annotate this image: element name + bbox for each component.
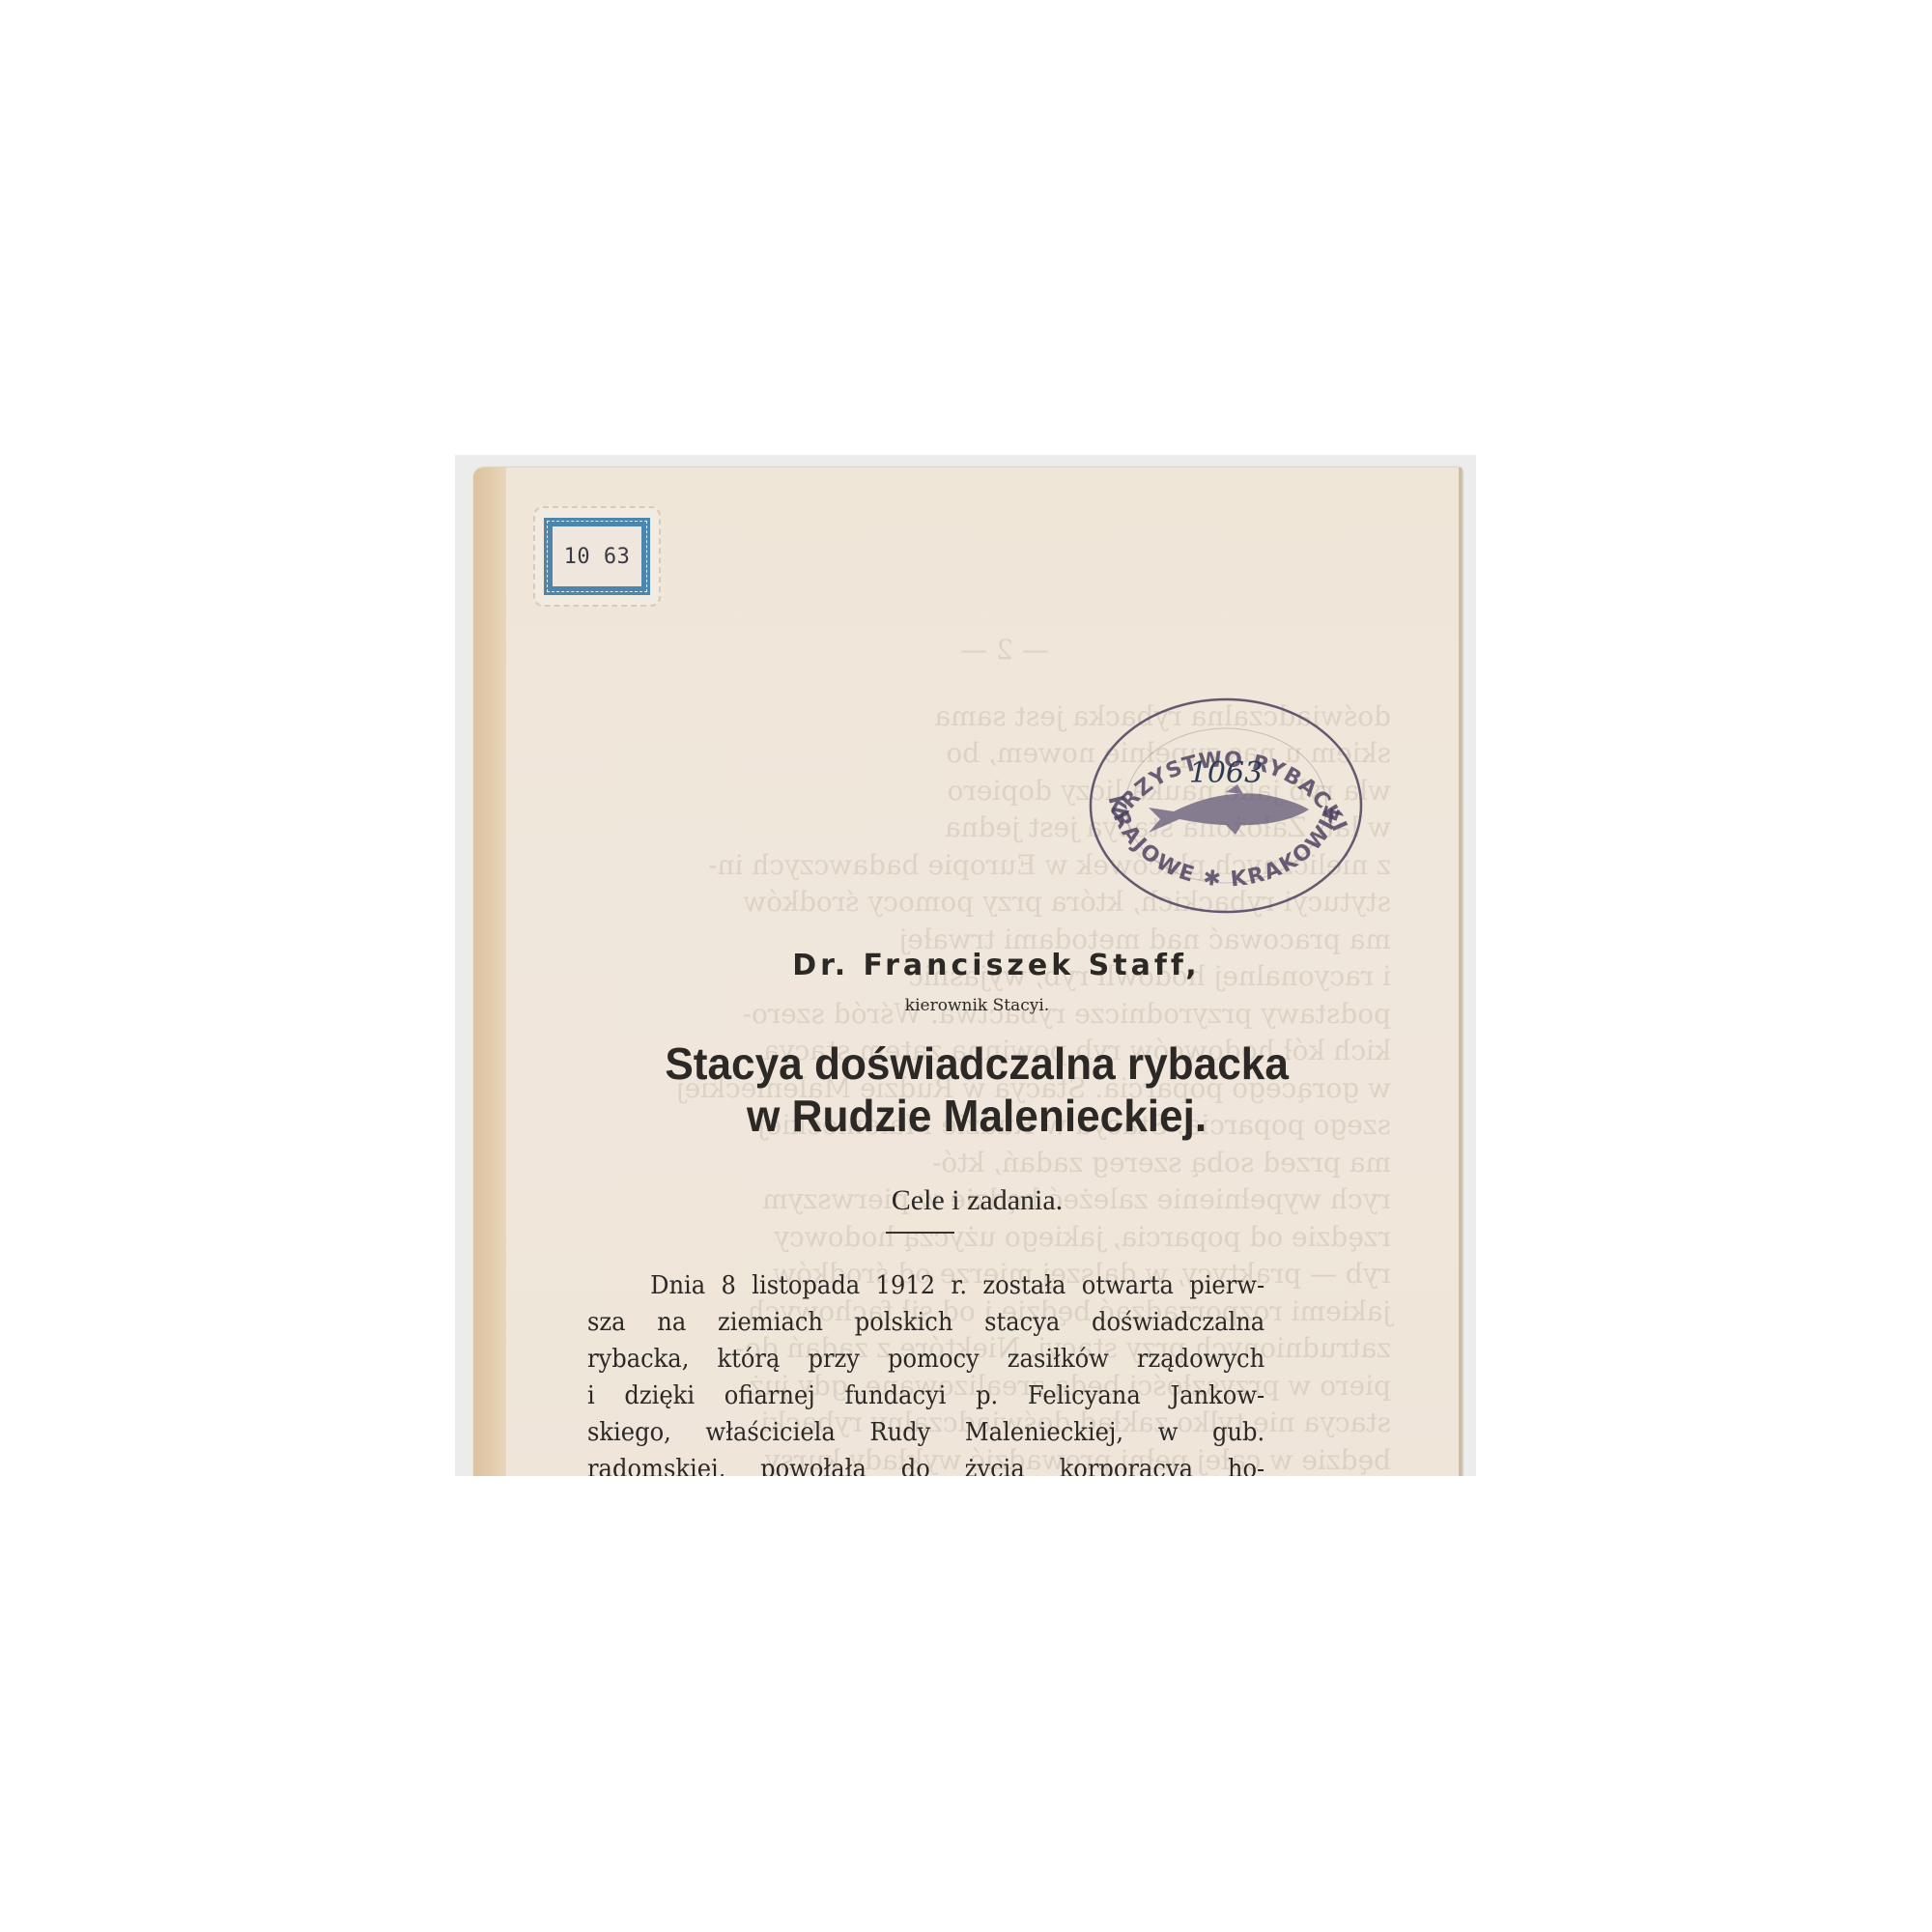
body-line: szanaziemiachpolskichstacyadoświadczalna	[587, 1304, 1264, 1341]
body-line: skiego,właścicielaRudyMalenieckiej,wgub.	[587, 1414, 1264, 1451]
author-name: Dr. Franciszek Staff,	[473, 949, 1462, 982]
document-subtitle: Cele i zadania.	[473, 1184, 1462, 1217]
bleed-line: ma przed sobą szereg zadań, któ-	[618, 1145, 1391, 1182]
label-frame: 10 63	[544, 518, 650, 595]
document-title: Stacya doświadczalna rybacka w Rudzie Ma…	[493, 1037, 1441, 1142]
section-divider	[886, 1232, 954, 1234]
fish-icon	[1149, 784, 1309, 835]
body-text: Dnia8listopada1912r.zostałaotwartapierw-…	[587, 1267, 1264, 1476]
stamp-number: 1063	[1189, 756, 1263, 790]
bleed-line: rzędzie od poparcia, jakiego użyczą hodo…	[618, 1219, 1391, 1257]
scan-backdrop: — 2 — doświadczalna rybacka jest samaski…	[455, 455, 1476, 1476]
body-line: radomskiej,powołaładożyciakorporacyaho-	[587, 1451, 1264, 1476]
body-line: idziękiofiarnejfundacyip.FelicyanaJankow…	[587, 1378, 1264, 1414]
bleed-page-number: — 2 —	[618, 632, 1391, 669]
stamp-graphic: TOWARZYSTWO RYBACKIE W KRAJOWE ✱ KRAKOWI…	[1081, 688, 1371, 923]
label-number: 10 63	[564, 545, 631, 569]
document-page: — 2 — doświadczalna rybacka jest samaski…	[473, 468, 1462, 1476]
label-inner: 10 63	[553, 526, 641, 586]
author-role: kierownik Stacyi.	[473, 996, 1462, 1015]
body-line: Dnia8listopada1912r.zostałaotwartapierw-	[587, 1267, 1264, 1304]
title-line-2: w Rudzie Malenieckiej.	[512, 1090, 1442, 1142]
body-line: rybacka,którąprzypomocyzasiłkówrządowych	[587, 1341, 1264, 1378]
society-stamp: TOWARZYSTWO RYBACKIE W KRAJOWE ✱ KRAKOWI…	[1081, 688, 1371, 923]
library-label: 10 63	[533, 506, 661, 607]
title-line-1: Stacya doświadczalna rybacka	[512, 1037, 1442, 1090]
